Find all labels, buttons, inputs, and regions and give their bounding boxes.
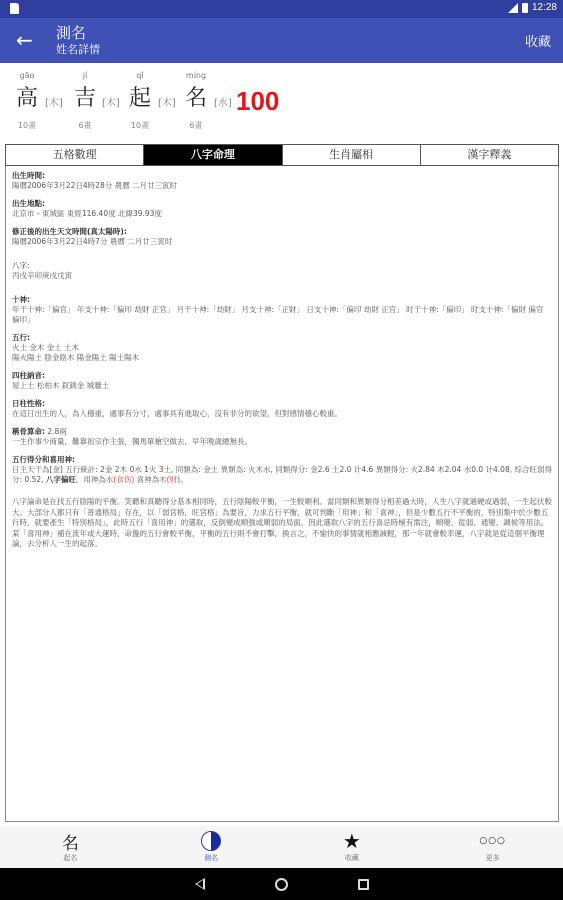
name-char-4: míng 名 6畫 [181, 70, 211, 130]
signal-icon [508, 3, 518, 13]
section-heading: 稱骨算命: 2.8兩 [12, 427, 552, 437]
bottom-nav: 名 起名 測名 ★ 收藏 ○○○ 更多 [0, 826, 563, 868]
section-heading: 八字: [12, 261, 552, 271]
text: 喜神為 [134, 475, 159, 484]
nav-item-ceming[interactable]: 測名 [141, 826, 282, 868]
nav-label: 收藏 [282, 852, 423, 864]
tab-bazi[interactable]: 八字命理 [144, 145, 282, 165]
section-heading: 五行: [12, 333, 552, 343]
section-wuxing: 五行: 火土 金木 金土 土木 陽火陽土 陰金陰木 陽金陽土 陽土陽木 [12, 333, 552, 363]
system-back-icon[interactable] [195, 878, 205, 890]
page-subtitle: 姓名詳情 [56, 42, 100, 57]
yongshen-value: 水(食伤) [106, 475, 134, 484]
section-text: 火土 金木 金土 土木 [12, 343, 552, 353]
section-text: 一生作事少商量，難靠祖宗作主張，獨馬單槍空做去，早年晚歲總無長。 [12, 437, 552, 447]
name-char-1: gāo 高 10畫 [12, 70, 42, 130]
section-text: 在這日出生的人，為人穩重，處事有分寸，處事具有進取心，沒有非分的欲望，但對感情穩… [12, 409, 552, 419]
more-dots-icon: ○○○ [422, 830, 563, 852]
analysis-tabs: 五格數理 八字命理 生肖屬相 漢字釋義 [5, 144, 559, 166]
name-score: 100 [236, 86, 279, 117]
system-recents-icon[interactable] [358, 879, 369, 890]
back-arrow-icon[interactable]: ← [16, 28, 33, 52]
nav-item-qiming[interactable]: 名 起名 [0, 826, 141, 868]
app-bar: ← 測名 姓名詳情 收藏 [0, 18, 563, 63]
element-tag: [木] [102, 94, 120, 109]
tab-wuge[interactable]: 五格數理 [6, 145, 144, 165]
hanzi: 吉 [70, 82, 100, 116]
battery-icon [522, 3, 528, 13]
section-text: 年干十神:「偏官」 年支十神:「偏印 劫財 正官」 月干十神:「劫財」 月支十神… [12, 305, 552, 325]
xishen-value: 木(财) [159, 475, 180, 484]
section-rizhu: 日柱性格: 在這日出生的人，為人穩重，處事有分寸，處事具有進取心，沒有非分的欲望… [12, 399, 552, 419]
page-title: 測名 [56, 24, 100, 42]
tab-shengxiao[interactable]: 生肖屬相 [283, 145, 421, 165]
system-nav-bar [0, 868, 563, 900]
nav-item-more[interactable]: ○○○ 更多 [422, 826, 563, 868]
stroke-count: 10畫 [12, 116, 42, 130]
section-text: 北京市 - 東城區 東經116.40度 北緯39.93度 [12, 209, 552, 219]
star-icon: ★ [282, 830, 423, 852]
summary-paragraph: 八字論命是在找五行陰陽的平衡。笑聽和真聽得分基本相同時，五行陰陽較平衡，一生較順… [12, 497, 552, 550]
clock: 12:28 [532, 2, 557, 13]
status-bar: 12:28 [0, 0, 563, 18]
section-heading: 出生時間: [12, 171, 552, 181]
section-heading: 四柱納音: [12, 371, 552, 381]
section-wuxing-score: 五行得分和喜用神: 日主天干為[金] 五行統計: 2金 2木 0水 1火 3土,… [12, 455, 552, 485]
stroke-count: 10畫 [125, 116, 155, 130]
hanzi: 起 [125, 82, 155, 116]
section-heading: 日柱性格: [12, 399, 552, 409]
section-text: 丙戌辛卯庚戌戊寅 [12, 271, 552, 281]
section-chenggu: 稱骨算命: 2.8兩 一生作事少商量，難靠祖宗作主張，獨馬單槍空做去，早年晚歲總… [12, 427, 552, 447]
section-heading: 十神: [12, 295, 552, 305]
element-tag: [水] [214, 94, 232, 109]
hanzi: 名 [181, 82, 211, 116]
section-bazi: 八字: 丙戌辛卯庚戌戊寅 [12, 261, 552, 281]
section-heading: 出生地點: [12, 199, 552, 209]
section-heading: 五行得分和喜用神: [12, 455, 552, 465]
nav-label: 測名 [141, 852, 282, 864]
nav-label: 更多 [422, 852, 563, 864]
tab-hanzi[interactable]: 漢字釋義 [421, 145, 558, 165]
bone-weight: 2.8兩 [45, 427, 67, 436]
pinyin: jí [70, 70, 100, 82]
sd-card-icon [10, 3, 19, 14]
text: 。 [180, 475, 188, 484]
nav-label: 起名 [0, 852, 141, 864]
yin-yang-icon [141, 830, 282, 852]
section-corrected-time: 修正後的出生天文時間(真太陽時): 陽曆2006年3月22日4時7分 農曆 二月… [12, 227, 552, 247]
text: 。用神為 [76, 475, 106, 484]
name-char-3: qǐ 起 10畫 [125, 70, 155, 130]
section-shishen: 十神: 年干十神:「偏官」 年支十神:「偏印 劫財 正官」 月干十神:「劫財」 … [12, 295, 552, 325]
name-summary: gāo 高 10畫 [木] jí 吉 6畫 [木] qǐ 起 10畫 [木] m… [0, 70, 563, 136]
nav-item-favorites[interactable]: ★ 收藏 [282, 826, 423, 868]
strength-verdict: 八字偏旺 [46, 475, 76, 484]
section-text: 日主天干為[金] 五行統計: 2金 2木 0水 1火 3土, 同類為: 金土 異… [12, 465, 552, 485]
favorite-button[interactable]: 收藏 [525, 31, 551, 50]
pinyin: qǐ [125, 70, 155, 82]
section-heading: 修正後的出生天文時間(真太陽時): [12, 227, 552, 237]
element-tag: [木] [45, 94, 63, 109]
pinyin: míng [181, 70, 211, 82]
stroke-count: 6畫 [70, 116, 100, 130]
section-text: 屋上土 松柏木 釵釧金 城牆土 [12, 381, 552, 391]
element-tag: [木] [158, 94, 176, 109]
app-bar-titles: 測名 姓名詳情 [56, 24, 100, 57]
section-text: 陽火陽土 陰金陰木 陽金陽土 陽土陽木 [12, 353, 552, 363]
stroke-count: 6畫 [181, 116, 211, 130]
pinyin: gāo [12, 70, 42, 82]
section-text: 陽曆2006年3月22日4時7分 農曆 二月廿三寅时 [12, 237, 552, 247]
section-birth-place: 出生地點: 北京市 - 東城區 東經116.40度 北緯39.93度 [12, 199, 552, 219]
section-birth-time: 出生時間: 陽曆2006年3月22日4時28分 農曆 二月廿三寅时 [12, 171, 552, 191]
heading-label: 稱骨算命: [12, 427, 45, 436]
hanzi: 高 [12, 82, 42, 116]
section-nayin: 四柱納音: 屋上土 松柏木 釵釧金 城牆土 [12, 371, 552, 391]
bazi-content[interactable]: 出生時間: 陽曆2006年3月22日4時28分 農曆 二月廿三寅时 出生地點: … [5, 166, 559, 822]
system-home-icon[interactable] [275, 878, 288, 891]
name-char-2: jí 吉 6畫 [70, 70, 100, 130]
section-text: 陽曆2006年3月22日4時28分 農曆 二月廿三寅时 [12, 181, 552, 191]
name-calligraphy-icon: 名 [0, 830, 141, 852]
